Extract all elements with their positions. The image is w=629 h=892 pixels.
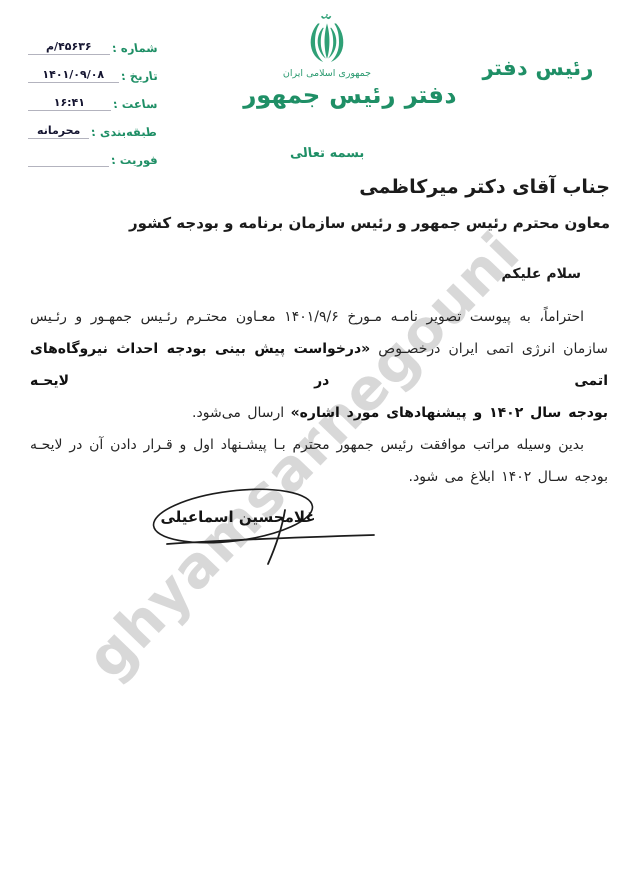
- letterhead-center: جمهوری اسلامی ایران دفتر رئیس جمهور: [242, 14, 412, 109]
- iran-coat-of-arms-icon: [305, 14, 349, 62]
- meta-row-urgency: فوریت :: [28, 139, 157, 167]
- paragraph1-line2: سازمان انرژی اتمی ایران درخصـوص «درخواست…: [30, 333, 608, 397]
- letter-body: احتراماً، به پیوست تصویر نامـه مـورخ ۱۴۰…: [30, 301, 608, 493]
- classification-label: طبقه‌بندی :: [88, 125, 158, 139]
- office-title: دفتر رئیس جمهور: [241, 81, 414, 109]
- p1-l2-regular: سازمان انرژی اتمی ایران درخصـوص: [370, 341, 608, 357]
- urgency-value: [28, 165, 109, 167]
- paragraph2-line1: بدین وسیله مراتب موافقت رئیس جمهور محترم…: [30, 429, 608, 461]
- meta-row-date: تاریخ : ۱۴۰۱/۰۹/۰۸: [28, 55, 157, 83]
- time-value: ۱۶:۴۱: [28, 96, 111, 111]
- meta-block: شماره : ۴۵۶۳۶/م تاریخ : ۱۴۰۱/۰۹/۰۸ ساعت …: [28, 27, 157, 167]
- recipient-title: معاون محترم رئیس جمهور و رئیس سازمان برن…: [129, 204, 610, 242]
- country-name: جمهوری اسلامی ایران: [242, 68, 412, 79]
- date-value: ۱۴۰۱/۰۹/۰۸: [28, 68, 119, 83]
- meta-row-classification: طبقه‌بندی : محرمانه: [28, 111, 157, 139]
- recipient-name: جناب آقای دکتر میرکاظمی: [129, 170, 610, 204]
- head-office-title: رئیس دفتر: [480, 56, 595, 80]
- paragraph1-line1: احتراماً، به پیوست تصویر نامـه مـورخ ۱۴۰…: [30, 301, 608, 333]
- paragraph1-line3: بودجه سال ۱۴۰۲ و پیشنهادهای مورد اشاره» …: [30, 397, 608, 429]
- recipient-block: جناب آقای دکتر میرکاظمی معاون محترم رئیس…: [129, 170, 610, 242]
- signatory-name: غلامحسین اسماعیلی: [160, 508, 315, 526]
- p1-l3-regular: ارسال می‌شود.: [192, 405, 291, 421]
- date-label: تاریخ :: [118, 69, 158, 83]
- meta-row-time: ساعت : ۱۶:۴۱: [28, 83, 157, 111]
- urgency-label: فوریت :: [108, 153, 158, 167]
- p1-l3-bold: بودجه سال ۱۴۰۲ و پیشنهادهای مورد اشاره»: [291, 405, 608, 421]
- time-label: ساعت :: [110, 97, 158, 111]
- number-value: ۴۵۶۳۶/م: [28, 40, 110, 55]
- letter-page: ghyamsarnegouni شماره : ۴۵۶۳۶/م تاریخ : …: [0, 0, 629, 892]
- salutation: سلام علیکم: [501, 266, 581, 282]
- meta-row-number: شماره : ۴۵۶۳۶/م: [28, 27, 157, 55]
- signature-graphic: غلامحسین اسماعیلی: [133, 478, 378, 566]
- classification-value: محرمانه: [28, 124, 89, 139]
- number-label: شماره :: [109, 41, 158, 55]
- basmala: بسمه تعالی: [281, 146, 373, 161]
